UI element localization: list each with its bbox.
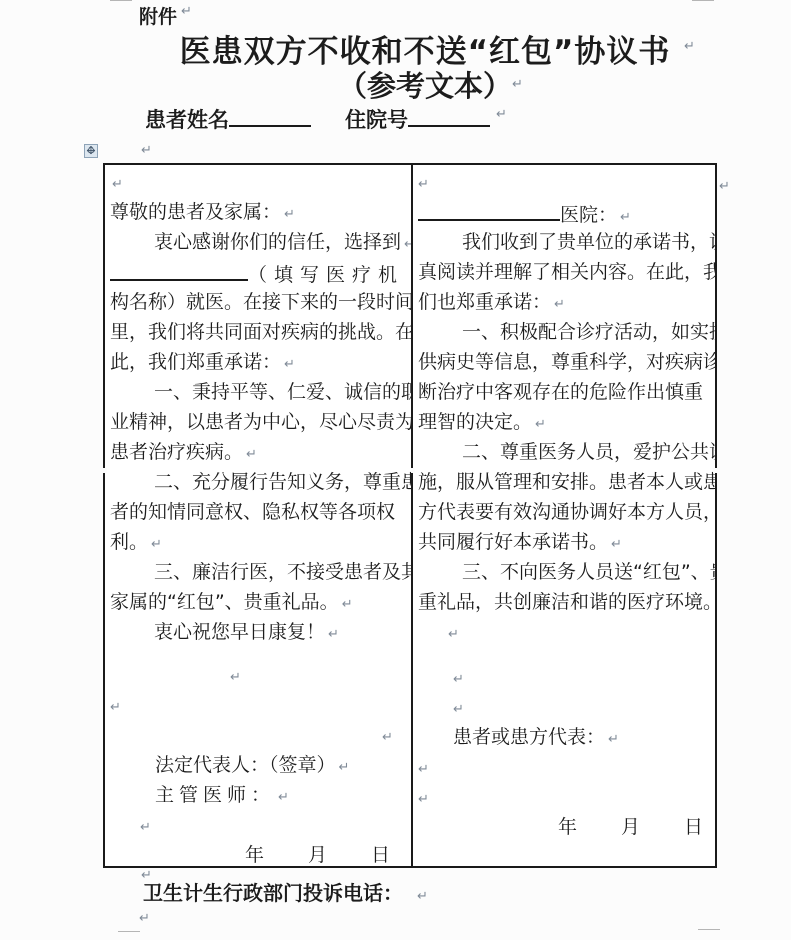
empty-line: ↵ bbox=[418, 617, 715, 647]
empty-line: ↵ bbox=[418, 662, 715, 692]
border-row-joint bbox=[103, 468, 107, 473]
empty-line: ↵ bbox=[110, 660, 411, 690]
text-line: 断治疗中客观存在的危险作出慎重 bbox=[418, 377, 715, 407]
patient-commitment-cell: ↵ 医院：↵ 我们收到了贵单位的承诺书，认 真阅读并理解了相关内容。在此，我 们… bbox=[413, 165, 715, 866]
date-line: 年月日↵ bbox=[418, 812, 715, 842]
hospital-name-line: 医院：↵ bbox=[418, 197, 715, 227]
agreement-table: ↵ 尊敬的患者及家属：↵ 衷心感谢你们的信任，选择到↵ （填写医疗机 构名称）就… bbox=[103, 163, 717, 868]
text-line: 们也郑重承诺：↵ bbox=[418, 287, 715, 317]
paragraph-mark-icon: ↵ bbox=[339, 761, 350, 774]
paragraph-mark-icon: ↵ bbox=[719, 180, 730, 193]
paragraph-mark-icon: ↵ bbox=[181, 5, 192, 18]
hospital-commitment-cell: ↵ 尊敬的患者及家属：↵ 衷心感谢你们的信任，选择到↵ （填写医疗机 构名称）就… bbox=[105, 165, 413, 866]
paragraph-mark-icon: ↵ bbox=[535, 418, 546, 431]
paragraph-mark-icon: ↵ bbox=[382, 731, 393, 744]
year-label: 年 bbox=[245, 840, 264, 866]
paragraph-mark-icon: ↵ bbox=[284, 208, 295, 221]
paragraph-mark-icon: ↵ bbox=[404, 238, 413, 251]
paragraph-mark-icon: ↵ bbox=[417, 890, 428, 903]
text-line: 供病史等信息，尊重科学，对疾病诊 bbox=[418, 347, 715, 377]
day-label: 日 bbox=[371, 840, 390, 866]
table-move-handle[interactable]: ↔ ↕ bbox=[84, 144, 98, 158]
text-line: 者的知情同意权、隐私权等各项权 bbox=[110, 497, 411, 527]
text-line: 理智的决定。↵ bbox=[418, 407, 715, 437]
patient-name-blank bbox=[229, 105, 311, 127]
day-label: 日 bbox=[684, 812, 703, 842]
text-line: 共同履行好本承诺书。↵ bbox=[418, 527, 715, 557]
paragraph-mark-icon: ↵ bbox=[230, 671, 241, 684]
hospital-name-blank bbox=[418, 197, 560, 221]
fill-org-line: （填写医疗机 bbox=[110, 257, 411, 287]
paragraph-mark-icon: ↵ bbox=[611, 538, 622, 551]
border-row-joint bbox=[411, 468, 415, 473]
paragraph-mark-icon: ↵ bbox=[110, 701, 121, 714]
org-name-blank bbox=[110, 257, 248, 281]
paragraph-mark-icon: ↵ bbox=[554, 298, 565, 311]
paragraph-mark-icon: ↵ bbox=[608, 733, 619, 746]
admission-no-label: 住院号 bbox=[345, 108, 408, 132]
paragraph-mark-icon: ↵ bbox=[496, 108, 507, 121]
paragraph-mark-icon: ↵ bbox=[418, 178, 429, 191]
salutation-line: 尊敬的患者及家属：↵ bbox=[110, 197, 411, 227]
paragraph-mark-icon: ↵ bbox=[453, 673, 464, 686]
paragraph-mark-icon: ↵ bbox=[453, 703, 464, 716]
paragraph-mark-icon: ↵ bbox=[418, 793, 429, 806]
empty-line: ↵ bbox=[418, 692, 715, 722]
patient-name-label: 患者姓名 bbox=[145, 108, 229, 132]
paragraph-mark-icon: ↵ bbox=[418, 763, 429, 776]
text-boundary-mark bbox=[698, 929, 720, 930]
text-line: 施，服从管理和安排。患者本人或患 bbox=[418, 467, 715, 497]
empty-line: ↵ bbox=[110, 810, 411, 840]
paragraph-mark-icon: ↵ bbox=[448, 628, 459, 641]
empty-line: ↵ bbox=[418, 167, 715, 197]
month-label: 月 bbox=[308, 840, 327, 866]
patient-representative-line: 患者或患方代表：↵ bbox=[418, 722, 715, 752]
paragraph-mark-icon: ↵ bbox=[139, 912, 150, 925]
paragraph-mark-icon: ↵ bbox=[342, 598, 353, 611]
commitment-2-line: 二、充分履行告知义务，尊重患 bbox=[110, 467, 411, 497]
paragraph-mark-icon: ↵ bbox=[684, 40, 695, 53]
move-vertical-icon: ↕ bbox=[85, 145, 97, 157]
text-line: 我们收到了贵单位的承诺书，认 bbox=[418, 227, 715, 257]
complaint-phone-line: 卫生计生行政部门投诉电话：↵ bbox=[143, 878, 428, 908]
paragraph-mark-icon: ↵ bbox=[151, 538, 162, 551]
text-line: 重礼品，共创廉洁和谐的医疗环境。 bbox=[418, 587, 715, 617]
paragraph-mark-icon: ↵ bbox=[141, 144, 152, 157]
text-boundary-mark bbox=[110, 0, 132, 1]
paragraph-mark-icon: ↵ bbox=[140, 821, 151, 834]
text-boundary-mark bbox=[692, 0, 714, 1]
text-line: 方代表要有效沟通协调好本方人员， bbox=[418, 497, 715, 527]
paragraph-mark-icon: ↵ bbox=[246, 448, 257, 461]
commitment-1-line: 一、秉持平等、仁爱、诚信的职 bbox=[110, 377, 411, 407]
empty-line: ↵ bbox=[110, 690, 411, 720]
attachment-label: 附件 bbox=[139, 2, 177, 29]
border-row-joint bbox=[713, 468, 717, 473]
paragraph-mark-icon: ↵ bbox=[512, 78, 523, 91]
empty-line: ↵ bbox=[110, 720, 411, 750]
text-boundary-mark bbox=[118, 931, 140, 932]
admission-no-blank bbox=[408, 105, 490, 127]
commitment-1-line: 一、积极配合诊疗活动，如实提 bbox=[418, 317, 715, 347]
text-line: 里，我们将共同面对疾病的挑战。在 bbox=[110, 317, 411, 347]
text-line: 业精神，以患者为中心，尽心尽责为 bbox=[110, 407, 411, 437]
text-line: 衷心感谢你们的信任，选择到↵ bbox=[110, 227, 411, 257]
text-line: 真阅读并理解了相关内容。在此，我 bbox=[418, 257, 715, 287]
month-label: 月 bbox=[621, 812, 640, 842]
commitment-2-line: 二、尊重医务人员，爱护公共设 bbox=[418, 437, 715, 467]
date-line: 年月日↵ bbox=[110, 840, 411, 866]
chief-physician-line: 主管医师：↵ bbox=[110, 780, 411, 810]
text-line: 家属的“红包”、贵重礼品。↵ bbox=[110, 587, 411, 617]
empty-line: ↵ bbox=[110, 167, 411, 197]
paragraph-mark-icon: ↵ bbox=[284, 358, 295, 371]
paragraph-mark-icon: ↵ bbox=[112, 178, 123, 191]
paragraph-mark-icon: ↵ bbox=[278, 791, 289, 804]
paragraph-mark-icon: ↵ bbox=[328, 628, 339, 641]
year-label: 年 bbox=[558, 812, 577, 842]
legal-representative-line: 法定代表人：（签章）↵ bbox=[110, 750, 411, 780]
patient-info-row: 患者姓名住院号 bbox=[145, 104, 490, 134]
page-subtitle: （参考文本） bbox=[60, 64, 790, 105]
wish-line: 衷心祝您早日康复！↵ bbox=[110, 617, 411, 647]
text-line: 患者治疗疾病。↵ bbox=[110, 437, 411, 467]
commitment-3-line: 三、廉洁行医，不接受患者及其 bbox=[110, 557, 411, 587]
commitment-3-line: 三、不向医务人员送“红包”、贵 bbox=[418, 557, 715, 587]
text-line: 利。↵ bbox=[110, 527, 411, 557]
empty-line: ↵ bbox=[418, 782, 715, 812]
text-line: 构名称）就医。在接下来的一段时间 bbox=[110, 287, 411, 317]
text-line: 此，我们郑重承诺：↵ bbox=[110, 347, 411, 377]
paragraph-mark-icon: ↵ bbox=[620, 211, 631, 224]
empty-line: ↵ bbox=[418, 752, 715, 782]
